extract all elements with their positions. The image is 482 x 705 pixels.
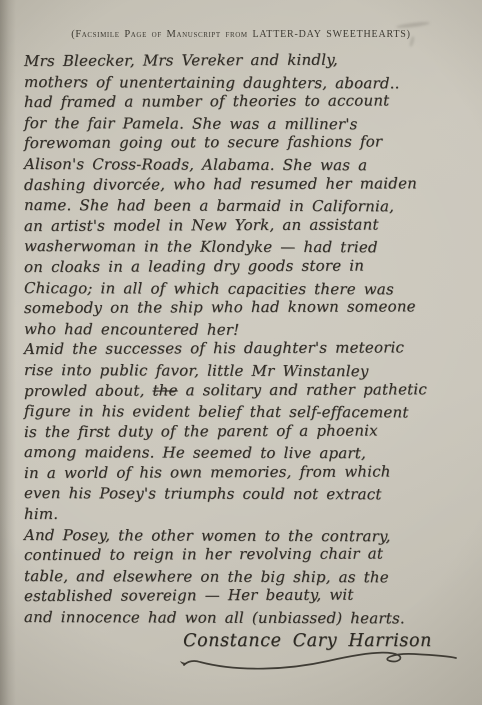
manuscript-line-with-strikeout: prowled about, the a solitary and rather… [24, 379, 466, 402]
manuscript-line: is the first duty of the parent of a pho… [24, 420, 466, 443]
printed-caption: (Facsimile Page of Manuscript from Latte… [0, 29, 482, 40]
smudge-mark [396, 21, 430, 29]
struck-out-word: the [152, 381, 177, 399]
caption-book-title: Latter-Day Sweethearts) [252, 29, 410, 40]
handwritten-manuscript-body: Mrs Bleecker, Mrs Vereker and kindly, mo… [24, 51, 466, 651]
line-segment: a solitary and rather pathetic [178, 380, 427, 399]
manuscript-line: somebody on the ship who had known someo… [24, 296, 466, 319]
caption-prefix: (Facsimile Page of Manuscript from [71, 29, 252, 40]
manuscript-line: forewoman going out to secure fashions f… [24, 131, 466, 154]
manuscript-line: him. [24, 502, 466, 525]
page-gutter-shadow [0, 0, 16, 705]
manuscript-line: Amid the successes of his daughter's met… [24, 337, 466, 360]
line-segment: prowled about, [24, 381, 153, 400]
manuscript-line: dashing divorcée, who had resumed her ma… [24, 173, 466, 196]
manuscript-line: continued to reign in her revolving chai… [24, 543, 466, 566]
flourish-swash-icon [178, 648, 460, 678]
manuscript-line: on cloaks in a leading dry goods store i… [24, 255, 466, 278]
facsimile-manuscript-page: (Facsimile Page of Manuscript from Latte… [0, 0, 482, 705]
manuscript-line: and innocence had won all (unbiassed) he… [24, 607, 466, 629]
signature-flourish [178, 648, 460, 678]
manuscript-line: had framed a number of theories to accou… [24, 90, 466, 113]
manuscript-line: an artist's model in New York, an assist… [24, 214, 466, 237]
manuscript-line: established sovereign — Her beauty, wit [24, 585, 466, 608]
manuscript-line: Mrs Bleecker, Mrs Vereker and kindly, [24, 49, 466, 72]
manuscript-line: in a world of his own memories, from whi… [24, 461, 466, 484]
